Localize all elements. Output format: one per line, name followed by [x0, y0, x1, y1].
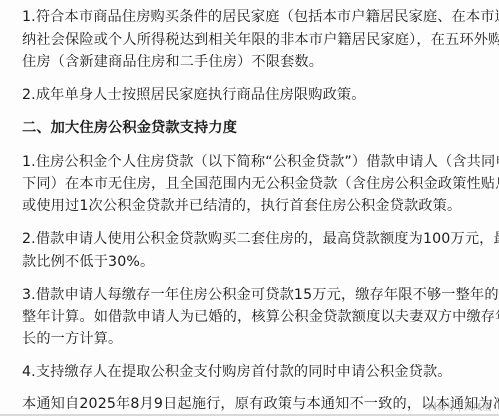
text-line: 整年计算。如借款申请人为已婚的，核算公积金贷款额度以夫妻双方中缴存年限较 — [22, 307, 499, 327]
text-line: 长的一方计算。 — [22, 329, 122, 349]
heading-text: 二、加大住房公积金贷款支持力度 — [22, 118, 237, 138]
document-page: 1.符合本市商品住房购买条件的居民家庭（包括本市户籍居民家庭、在本市连续缴 纳社… — [0, 0, 499, 416]
watermark: 网易号|凤凤凰 — [428, 400, 491, 413]
text-line: 2.借款申请人使用公积金贷款购买二套住房的，最高贷款额度为100万元，最低首付 — [22, 229, 499, 249]
watermark-author: 凤凤凰 — [464, 403, 491, 413]
text-line: 款比例不低于30%。 — [22, 252, 154, 272]
text-line: 纳社会保险或个人所得税达到相关年限的非本市户籍居民家庭），在五环外购买商品 — [22, 30, 499, 50]
watermark-separator: | — [458, 403, 461, 413]
text-line: 1.符合本市商品住房购买条件的居民家庭（包括本市户籍居民家庭、在本市连续缴 — [22, 7, 499, 27]
watermark-platform: 网易号 — [428, 403, 455, 413]
text-line: 1.住房公积金个人住房贷款（以下简称“公积金贷款”）借款申请人（含共同申请人， — [22, 152, 499, 172]
text-line: 2.成年单身人士按照居民家庭执行商品住房限购政策。 — [22, 85, 366, 105]
text-line: 或使用过1次公积金贷款并已结清的，执行首套住房公积金贷款政策。 — [22, 196, 461, 216]
text-line: 住房（含新建商品住房和二手住房）不限套数。 — [22, 52, 323, 72]
text-line: 3.借款申请人每缴存一年住房公积金可贷款15万元，缴存年限不够一整年的，按一 — [22, 285, 499, 305]
text-line: 下同）在本市无住房，且全国范围内无公积金贷款（含住房公积金政策性贴息贷款） — [22, 174, 499, 194]
text-line: 4.支持缴存人在提取公积金支付购房首付款的同时申请公积金贷款。 — [22, 362, 452, 382]
